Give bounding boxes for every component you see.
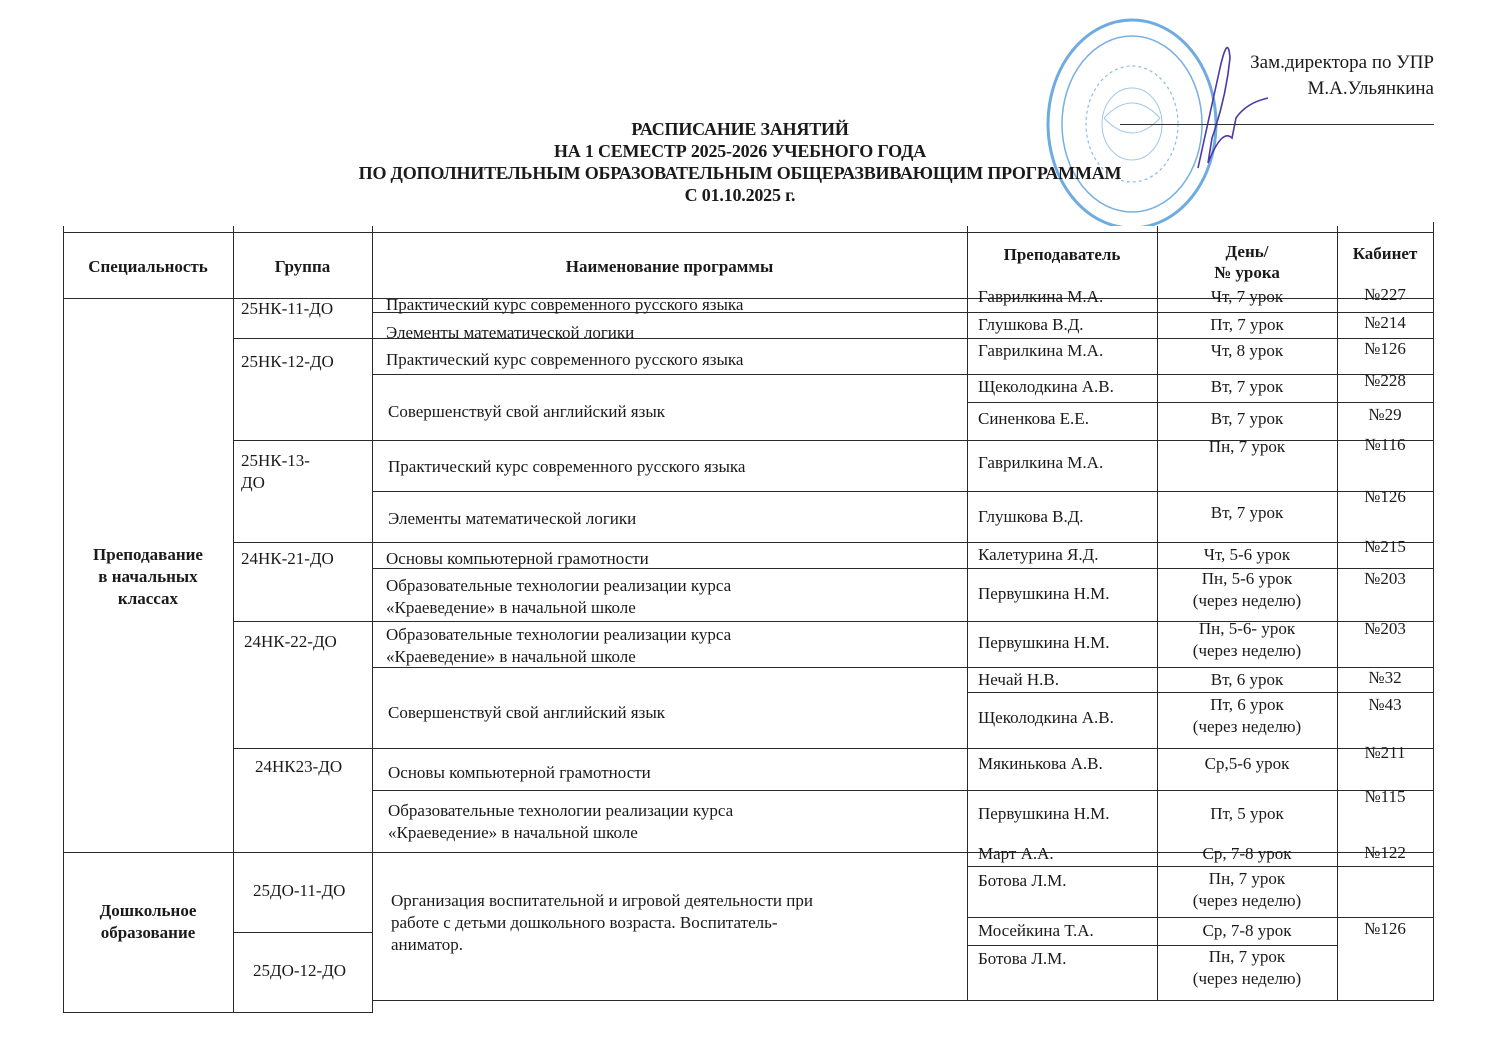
day-text: Вт, 6 урок xyxy=(1157,669,1337,691)
program-cell: Элементы математической логики xyxy=(386,322,634,344)
program-cell: Основы компьютерной грамотности xyxy=(388,762,651,784)
day-text: Пн, 7 урок xyxy=(1157,868,1337,890)
specialty-primary: Преподавание в начальных классах xyxy=(63,544,233,610)
day-lesson-cell: Чт, 8 урок xyxy=(1157,340,1337,362)
room-cell: №203 xyxy=(1337,618,1433,640)
room-cell: №126 xyxy=(1337,918,1433,940)
teacher-cell: Гаврилкина М.А. xyxy=(978,340,1103,362)
program-text: аниматор. xyxy=(391,934,813,956)
frequency-text: (через неделю) xyxy=(1157,968,1337,990)
group-cell: 25НК-13- ДО xyxy=(241,450,310,494)
day-text: Ср, 7-8 урок xyxy=(1157,920,1337,942)
day-text: Вт, 7 урок xyxy=(1157,502,1337,524)
teacher-cell: Первушкина Н.М. xyxy=(978,583,1110,605)
program-cell: Образовательные технологии реализации ку… xyxy=(388,800,733,844)
row-divider xyxy=(233,932,373,933)
row-divider xyxy=(372,790,1434,791)
teacher-cell: Март А.А. xyxy=(978,843,1054,865)
room-cell: №32 xyxy=(1337,667,1433,689)
program-text: Образовательные технологии реализации ку… xyxy=(386,575,731,597)
room-cell: №214 xyxy=(1337,312,1433,334)
program-cell: Совершенствуй свой английский язык xyxy=(388,401,665,423)
group-text: 25НК-13- xyxy=(241,450,310,472)
program-cell: Практический курс современного русского … xyxy=(388,456,745,478)
teacher-cell: Мосейкина Т.А. xyxy=(978,920,1094,942)
header-room: Кабинет xyxy=(1337,243,1433,265)
program-cell: Практический курс современного русского … xyxy=(386,349,743,371)
day-lesson-cell: Пн, 7 урок xyxy=(1157,436,1337,458)
header-teacher: Преподаватель xyxy=(967,244,1157,266)
teacher-cell: Глушкова В.Д. xyxy=(978,506,1084,528)
frequency-text: (через неделю) xyxy=(1157,640,1337,662)
day-lesson-cell: Ср,5-6 урок xyxy=(1157,753,1337,775)
room-cell: №126 xyxy=(1337,486,1433,508)
group-cell: 25ДО-12-ДО xyxy=(253,960,346,982)
program-text: работе с детьми дошкольного возраста. Во… xyxy=(391,912,813,934)
row-divider xyxy=(967,945,1157,946)
day-lesson-cell: Вт, 7 урок xyxy=(1157,376,1337,398)
room-cell: №215 xyxy=(1337,536,1433,558)
teacher-cell: Гаврилкина М.А. xyxy=(978,286,1103,308)
specialty-text: классах xyxy=(63,588,233,610)
program-cell: Организация воспитательной и игровой дея… xyxy=(391,890,813,956)
teacher-cell: Щеколодкина А.В. xyxy=(978,707,1114,729)
teacher-cell: Глушкова В.Д. xyxy=(978,314,1084,336)
day-text: Ср, 7-8 урок xyxy=(1157,843,1337,865)
teacher-cell: Нечай Н.В. xyxy=(978,669,1059,691)
specialty-text: образование xyxy=(63,922,233,944)
day-text: Пн, 5-6 урок xyxy=(1157,568,1337,590)
header-day-line1: День/ xyxy=(1157,241,1337,263)
header-program: Наименование программы xyxy=(372,256,967,278)
teacher-cell: Гаврилкина М.А. xyxy=(978,452,1103,474)
room-cell: №126 xyxy=(1337,338,1433,360)
day-lesson-cell: Вт, 7 урок xyxy=(1157,408,1337,430)
program-cell: Образовательные технологии реализации ку… xyxy=(386,624,731,668)
teacher-cell: Ботова Л.М. xyxy=(978,870,1067,892)
teacher-cell: Синенкова Е.Е. xyxy=(978,408,1089,430)
specialty-preschool: Дошкольное образование xyxy=(63,900,233,944)
day-text: Ср,5-6 урок xyxy=(1157,753,1337,775)
teacher-cell: Мякинькова А.В. xyxy=(978,753,1103,775)
day-lesson-cell: Вт, 7 урок xyxy=(1157,502,1337,524)
program-text: Организация воспитательной и игровой дея… xyxy=(391,890,813,912)
group-cell: 25НК-12-ДО xyxy=(241,351,334,373)
day-lesson-cell: Пт, 5 урок xyxy=(1157,803,1337,825)
day-text: Пн, 7 урок xyxy=(1157,436,1337,458)
header-specialty: Специальность xyxy=(63,256,233,278)
program-cell: Элементы математической логики xyxy=(388,508,636,530)
day-lesson-cell: Чт, 5-6 урок xyxy=(1157,544,1337,566)
day-text: Чт, 5-6 урок xyxy=(1157,544,1337,566)
program-cell: Совершенствуй свой английский язык xyxy=(388,702,665,724)
group-cell: 24НК-21-ДО xyxy=(241,548,334,570)
group-cell: 24НК23-ДО xyxy=(255,756,342,778)
group-cell: 25НК-11-ДО xyxy=(241,298,333,320)
day-text: Пн, 7 урок xyxy=(1157,946,1337,968)
room-cell: №116 xyxy=(1337,434,1433,456)
day-text: Пн, 5-6- урок xyxy=(1157,618,1337,640)
frequency-text: (через неделю) xyxy=(1157,716,1337,738)
row-divider xyxy=(372,1000,1434,1001)
specialty-text: Дошкольное xyxy=(63,900,233,922)
column-divider xyxy=(233,226,234,1013)
day-lesson-cell: Пн, 7 урок(через неделю) xyxy=(1157,868,1337,912)
room-cell: №29 xyxy=(1337,404,1433,426)
program-text: «Краеведение» в начальной школе xyxy=(386,597,731,619)
group-text: ДО xyxy=(241,472,310,494)
day-lesson-cell: Вт, 6 урок xyxy=(1157,669,1337,691)
day-text: Вт, 7 урок xyxy=(1157,408,1337,430)
room-cell: №228 xyxy=(1337,370,1433,392)
day-lesson-cell: Ср, 7-8 урок xyxy=(1157,920,1337,942)
day-text: Пт, 5 урок xyxy=(1157,803,1337,825)
header-group: Группа xyxy=(233,256,372,278)
frequency-text: (через неделю) xyxy=(1157,590,1337,612)
room-cell: №115 xyxy=(1337,786,1433,808)
table-border xyxy=(63,226,64,1013)
specialty-text: Преподавание xyxy=(63,544,233,566)
day-lesson-cell: Пн, 5-6 урок(через неделю) xyxy=(1157,568,1337,612)
program-text: Образовательные технологии реализации ку… xyxy=(386,624,731,646)
group-cell: 24НК-22-ДО xyxy=(244,631,337,653)
day-text: Чт, 8 урок xyxy=(1157,340,1337,362)
day-text: Вт, 7 урок xyxy=(1157,376,1337,398)
day-text: Пт, 6 урок xyxy=(1157,694,1337,716)
header-day-line2: № урока xyxy=(1157,262,1337,284)
room-cell: №211 xyxy=(1337,742,1433,764)
program-text: Образовательные технологии реализации ку… xyxy=(388,800,733,822)
day-lesson-cell: Пн, 7 урок(через неделю) xyxy=(1157,946,1337,990)
room-cell: №43 xyxy=(1337,694,1433,716)
program-text: «Краеведение» в начальной школе xyxy=(388,822,733,844)
day-lesson-cell: Ср, 7-8 урок xyxy=(1157,843,1337,865)
teacher-cell: Первушкина Н.М. xyxy=(978,632,1110,654)
room-cell: №122 xyxy=(1337,842,1433,864)
row-divider xyxy=(372,491,1434,492)
day-text: Чт, 7 урок xyxy=(1157,286,1337,308)
room-cell: №227 xyxy=(1337,284,1433,306)
row-divider xyxy=(63,1012,373,1013)
day-lesson-cell: Пт, 6 урок(через неделю) xyxy=(1157,694,1337,738)
teacher-cell: Калетурина Я.Д. xyxy=(978,544,1098,566)
teacher-cell: Щеколодкина А.В. xyxy=(978,376,1114,398)
program-cell: Практический курс современного русского … xyxy=(386,294,743,316)
row-divider xyxy=(233,748,1434,749)
frequency-text: (через неделю) xyxy=(1157,890,1337,912)
program-cell: Образовательные технологии реализации ку… xyxy=(386,575,731,619)
program-text: «Краеведение» в начальной школе xyxy=(386,646,731,668)
room-cell: №203 xyxy=(1337,568,1433,590)
specialty-text: в начальных xyxy=(63,566,233,588)
day-lesson-cell: Чт, 7 урок xyxy=(1157,286,1337,308)
group-cell: 25ДО-11-ДО xyxy=(253,880,345,902)
day-lesson-cell: Пн, 5-6- урок(через неделю) xyxy=(1157,618,1337,662)
column-divider xyxy=(967,226,968,1001)
row-divider xyxy=(63,232,1434,233)
day-text: Пт, 7 урок xyxy=(1157,314,1337,336)
day-lesson-cell: Пт, 7 урок xyxy=(1157,314,1337,336)
teacher-cell: Первушкина Н.М. xyxy=(978,803,1110,825)
program-cell: Основы компьютерной грамотности xyxy=(386,548,649,570)
column-divider xyxy=(372,226,373,1013)
teacher-cell: Ботова Л.М. xyxy=(978,948,1067,970)
